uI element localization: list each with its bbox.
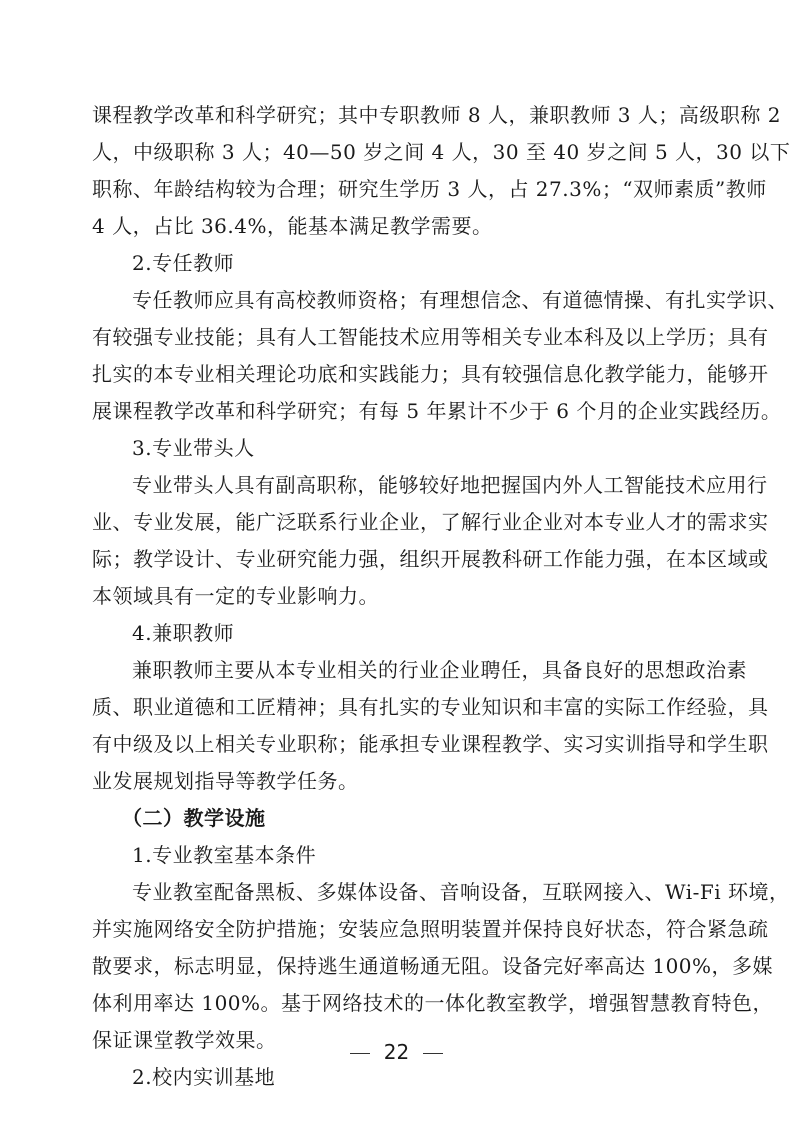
document-body: 课程教学改革和科学研究；其中专职教师 8 人，兼职教师 3 人；高级职称 2 人… xyxy=(92,97,704,1096)
classroom-conditions-heading: 1.专业教室基本条件 xyxy=(92,837,704,874)
text-line: 课程教学改革和科学研究；其中专职教师 8 人，兼职教师 3 人；高级职称 2 xyxy=(92,97,704,134)
text-line: 有较强专业技能；具有人工智能技术应用等相关专业本科及以上学历；具有 xyxy=(92,319,704,356)
text-line: 体利用率达 100%。基于网络技术的一体化教室教学，增强智慧教育特色， xyxy=(92,985,704,1022)
text-line: 本领域具有一定的专业影响力。 xyxy=(92,578,704,615)
text-line: 有中级及以上相关专业职称；能承担专业课程教学、实习实训指导和学生职 xyxy=(92,726,704,763)
text-line: 质、职业道德和工匠精神；具有扎实的专业知识和丰富的实际工作经验，具 xyxy=(92,689,704,726)
text-line: 业、专业发展，能广泛联系行业企业，了解行业企业对本专业人才的需求实 xyxy=(92,504,704,541)
text-line: 人，中级职称 3 人；40—50 岁之间 4 人，30 至 40 岁之间 5 人… xyxy=(92,134,704,171)
text-line: 4 人，占比 36.4%，能基本满足教学需要。 xyxy=(92,208,704,245)
full-time-teachers-heading: 2.专任教师 xyxy=(92,245,704,282)
text-line: 兼职教师主要从本专业相关的行业企业聘任，具备良好的思想政治素 xyxy=(92,652,704,689)
classroom-conditions-paragraph: 专业教室配备黑板、多媒体设备、音响设备，互联网接入、Wi-Fi 环境， 并实施网… xyxy=(92,874,704,1059)
training-base-heading: 2.校内实训基地 xyxy=(92,1059,704,1096)
page-number: 22 xyxy=(384,1040,409,1064)
text-line: 扎实的本专业相关理论功底和实践能力；具有较强信息化教学能力，能够开 xyxy=(92,356,704,393)
page-footer: 22 xyxy=(0,1040,793,1064)
dash-left-decoration xyxy=(350,1053,370,1054)
text-line: 专任教师应具有高校教师资格；有理想信念、有道德情操、有扎实学识、 xyxy=(92,282,704,319)
full-time-teachers-paragraph: 专任教师应具有高校教师资格；有理想信念、有道德情操、有扎实学识、 有较强专业技能… xyxy=(92,282,704,430)
part-time-teachers-paragraph: 兼职教师主要从本专业相关的行业企业聘任，具备良好的思想政治素 质、职业道德和工匠… xyxy=(92,652,704,800)
text-line: 专业教室配备黑板、多媒体设备、音响设备，互联网接入、Wi-Fi 环境， xyxy=(92,874,704,911)
text-line: 并实施网络安全防护措施；安装应急照明装置并保持良好状态，符合紧急疏 xyxy=(92,911,704,948)
text-line: 业发展规划指导等教学任务。 xyxy=(92,763,704,800)
teaching-facilities-heading: （二）教学设施 xyxy=(92,800,704,837)
text-line: 展课程教学改革和科学研究；有每 5 年累计不少于 6 个月的企业实践经历。 xyxy=(92,393,704,430)
text-line: 专业带头人具有副高职称，能够较好地把握国内外人工智能技术应用行 xyxy=(92,467,704,504)
text-line: 职称、年龄结构较为合理；研究生学历 3 人，占 27.3%；“双师素质”教师 xyxy=(92,171,704,208)
part-time-teachers-heading: 4.兼职教师 xyxy=(92,615,704,652)
text-line: 际；教学设计、专业研究能力强，组织开展教科研工作能力强，在本区域或 xyxy=(92,541,704,578)
document-page: 课程教学改革和科学研究；其中专职教师 8 人，兼职教师 3 人；高级职称 2 人… xyxy=(0,0,793,1122)
dash-right-decoration xyxy=(423,1053,443,1054)
program-leader-heading: 3.专业带头人 xyxy=(92,430,704,467)
program-leader-paragraph: 专业带头人具有副高职称，能够较好地把握国内外人工智能技术应用行 业、专业发展，能… xyxy=(92,467,704,615)
text-line: 散要求，标志明显，保持逃生通道畅通无阻。设备完好率高达 100%，多媒 xyxy=(92,948,704,985)
faculty-structure-paragraph: 课程教学改革和科学研究；其中专职教师 8 人，兼职教师 3 人；高级职称 2 人… xyxy=(92,97,704,245)
